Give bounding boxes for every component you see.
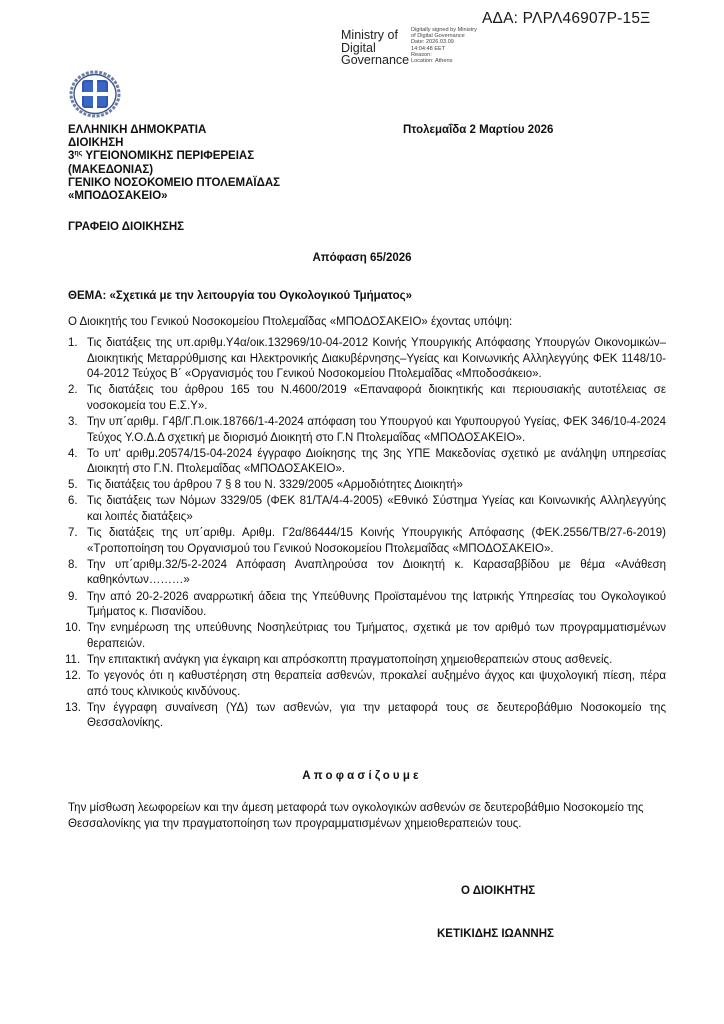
list-item: 6.Τις διατάξεις των Νόμων 3329/05 (ΦΕΚ 8…: [68, 494, 666, 525]
item-text: Τις διατάξεις της υπ΄αριθμ. Αριθμ. Γ2α/8…: [87, 527, 666, 555]
considerations-list: 1.Τις διατάξεις της υπ.αριθμ.Υ4α/οικ.132…: [68, 336, 666, 732]
list-item: 7.Τις διατάξεις της υπ΄αριθμ. Αριθμ. Γ2α…: [68, 526, 666, 557]
item-number: 13.: [65, 701, 81, 717]
list-item: 11.Την επιτακτική ανάγκη για έγκαιρη και…: [68, 653, 666, 669]
signer-line: Governance: [341, 54, 409, 67]
digital-signature-details: Digitally signed by Ministry of Digital …: [411, 27, 477, 64]
item-number: 7.: [68, 526, 78, 542]
item-text: Το υπ' αριθμ.20574/15-04-2024 έγγραφο Δι…: [87, 448, 666, 476]
list-item: 13.Την έγγραφη συναίνεση (ΥΔ) των ασθενώ…: [68, 701, 666, 732]
list-item: 1.Τις διατάξεις της υπ.αριθμ.Υ4α/οικ.132…: [68, 336, 666, 383]
item-number: 5.: [68, 478, 78, 494]
resolution-paragraph: Την μίσθωση λεωφορείων και την άμεση μετ…: [68, 800, 668, 832]
intro-paragraph: Ο Διοικητής του Γενικού Νοσοκομείου Πτολ…: [68, 316, 512, 328]
signature-detail-line: Location: Athens: [411, 58, 477, 64]
org-line: «ΜΠΟΔΟΣΑΚΕΙΟ»: [68, 190, 280, 203]
document-subject: ΘΕΜΑ: «Σχετικά με την λειτουργία του Ογκ…: [68, 290, 412, 302]
item-number: 8.: [68, 558, 78, 574]
item-text: Την υπ΄αριθμ. Γ4β/Γ.Π.οικ.18766/1-4-2024…: [87, 416, 666, 444]
office-name: ΓΡΑΦΕΙΟ ΔΙΟΙΚΗΣΗΣ: [68, 221, 184, 233]
org-line: ΔΙΟΙΚΗΣΗ: [68, 137, 280, 150]
item-number: 2.: [68, 383, 78, 399]
org-line: ΓΕΝΙΚΟ ΝΟΣΟΚΟΜΕΙΟ ΠΤΟΛΕΜΑΪΔΑΣ: [68, 177, 280, 190]
item-number: 4.: [68, 447, 78, 463]
decision-title: Απόφαση 65/2026: [0, 252, 724, 264]
org-line: ΕΛΛΗΝΙΚΗ ΔΗΜΟΚΡΑΤΙΑ: [68, 124, 280, 137]
item-text: Τις διατάξεις του άρθρου 7 § 8 του Ν. 33…: [87, 479, 463, 491]
list-item: 4.Το υπ' αριθμ.20574/15-04-2024 έγγραφο …: [68, 447, 666, 478]
item-text: Την ενημέρωση της υπεύθυνης Νοσηλεύτριας…: [87, 622, 666, 650]
list-item: 3.Την υπ΄αριθμ. Γ4β/Γ.Π.οικ.18766/1-4-20…: [68, 415, 666, 446]
item-text: Τις διατάξεις της υπ.αριθμ.Υ4α/οικ.13296…: [87, 337, 666, 380]
greek-coat-of-arms-icon: [69, 70, 121, 118]
list-item: 2.Τις διατάξεις του άρθρου 165 του Ν.460…: [68, 383, 666, 414]
list-item: 12.Το γεγονός ότι η καθυστέρηση στη θερα…: [68, 669, 666, 700]
item-number: 6.: [68, 494, 78, 510]
signatory-name: ΚΕΤΙΚΙΔΗΣ ΙΩΑΝΝΗΣ: [437, 928, 554, 940]
list-item: 10.Την ενημέρωση της υπεύθυνης Νοσηλεύτρ…: [68, 621, 666, 652]
ada-code: ΑΔΑ: ΡΛΡΛ46907Ρ-15Ξ: [482, 10, 650, 28]
item-text: Την έγγραφη συναίνεση (ΥΔ) των ασθενών, …: [87, 702, 666, 730]
org-line: 3ης ΥΓΕΙΟΝΟΜΙΚΗΣ ΠΕΡΙΦΕΡΕΙΑΣ: [68, 150, 280, 163]
organization-header: ΕΛΛΗΝΙΚΗ ΔΗΜΟΚΡΑΤΙΑ ΔΙΟΙΚΗΣΗ 3ης ΥΓΕΙΟΝΟ…: [68, 124, 280, 203]
signatory-role: Ο ΔΙΟΙΚΗΤΗΣ: [461, 885, 535, 897]
signer-name: Ministry of Digital Governance: [341, 29, 409, 67]
item-number: 3.: [68, 415, 78, 431]
signer-line: Ministry of: [341, 29, 409, 42]
item-text: Τις διατάξεις του άρθρου 165 του Ν.4600/…: [87, 384, 666, 412]
item-text: Την υπ΄αριθμ.32/5-2-2024 Απόφαση Αναπληρ…: [87, 559, 666, 587]
item-text: Την από 20-2-2026 αναρρωτική άδεια της Υ…: [87, 591, 666, 619]
item-number: 11.: [65, 653, 80, 669]
org-line: (ΜΑΚΕΔΟΝΙΑΣ): [68, 164, 280, 177]
item-number: 12.: [65, 669, 81, 685]
item-text: Την επιτακτική ανάγκη για έγκαιρη και απ…: [87, 654, 612, 666]
org-region: ΥΓΕΙΟΝΟΜΙΚΗΣ ΠΕΡΙΦΕΡΕΙΑΣ: [82, 150, 254, 162]
item-number: 9.: [68, 590, 78, 606]
item-number: 1.: [68, 336, 78, 352]
item-text: Τις διατάξεις των Νόμων 3329/05 (ΦΕΚ 81/…: [87, 495, 666, 523]
list-item: 5.Τις διατάξεις του άρθρου 7 § 8 του Ν. …: [68, 478, 666, 494]
item-text: Το γεγονός ότι η καθυστέρηση στη θεραπεί…: [87, 670, 666, 698]
decision-heading: Αποφασίζουμε: [0, 770, 724, 782]
item-number: 10.: [65, 621, 81, 637]
document-date: Πτολεμαΐδα 2 Μαρτίου 2026: [403, 124, 553, 136]
list-item: 9.Την από 20-2-2026 αναρρωτική άδεια της…: [68, 590, 666, 621]
list-item: 8.Την υπ΄αριθμ.32/5-2-2024 Απόφαση Αναπλ…: [68, 558, 666, 589]
